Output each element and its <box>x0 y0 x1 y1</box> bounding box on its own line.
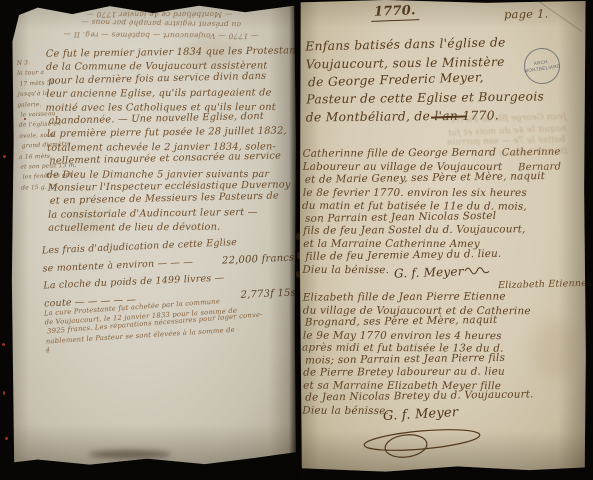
red-speck <box>3 155 6 158</box>
ink-smudge <box>89 450 171 459</box>
manuscript-book-scan: — 1770 — Voujeaucourt — baptêmes — reg. … <box>0 0 593 480</box>
entry-line: fille de feu Jeremie Amey du d. lieu. <box>305 247 546 264</box>
entry-line: de Jean Nicolas Bretey du d. Voujaucourt… <box>305 388 534 404</box>
entry-line: le 8e fevrier 1770. environ les six heur… <box>303 187 543 200</box>
red-speck <box>24 118 26 120</box>
signature-text: G. f. Meyer <box>394 264 464 280</box>
red-speck <box>5 437 8 440</box>
cost-amount: 22,000 francs <box>222 252 295 273</box>
signature-squiggle <box>463 264 489 275</box>
paper-stain <box>534 320 574 380</box>
baptism-entry-elizabeth: Elizabeth fille de Jean Pierre Etiennedu… <box>303 290 532 416</box>
left-page: — 1770 — Voujeaucourt — baptêmes — reg. … <box>9 2 297 466</box>
paragraph-line: leur ancienne Eglise, qu'ils partageaien… <box>46 86 301 101</box>
cost-amount <box>293 235 294 252</box>
binding-stitch <box>296 271 300 278</box>
binding-stitch <box>296 233 300 240</box>
entry-line: de Pierre Bretey laboureur au d. lieu <box>303 365 531 379</box>
fragment-line: — 1770 — Voujeaucourt — baptêmes — reg. … <box>35 29 287 42</box>
signature-flourish <box>354 422 484 460</box>
year-heading: 1770. <box>371 3 419 22</box>
left-page-surface: — 1770 — Voujeaucourt — baptêmes — reg. … <box>9 2 297 466</box>
red-speck <box>3 391 5 395</box>
entry-line: et de Marie Geney, ses Père et Mère, naq… <box>305 170 546 187</box>
entry-line: le 9e May 1770 environ les 4 heures <box>303 329 531 342</box>
margin-name-elizabeth-etienne: Elizabeth Etienne <box>498 278 587 291</box>
entry-line: Catherinne fille de George Bernard <box>303 146 543 161</box>
main-paragraph-1834-note: Ce fut le premier janvier 1834 que les P… <box>46 44 304 235</box>
right-page-surface: 1770. page 1. ARCH. MONTBÉLIARD Enfans b… <box>299 0 587 473</box>
paragraph-line: de Dieu le Dimanche 5 janvier suivants p… <box>46 168 301 182</box>
page-number-label: page 1. <box>504 7 549 22</box>
paragraph-line: actuellement de lieu de dévotion. <box>48 220 303 235</box>
entry-line: mois; son Parrain est Jean Pierre fils <box>305 351 534 367</box>
baptism-entry-catherinne: Catherinne fille de George BernardLabour… <box>303 146 544 277</box>
red-speck <box>2 343 5 346</box>
entry-line: Elizabeth fille de Jean Pierre Etienne <box>303 290 531 304</box>
fragment-line: — Montbéliard ce 4e janvier 1770 — <box>33 9 285 20</box>
pastor-signature-1: G. f. Meyer <box>394 263 490 280</box>
torn-top-fragment-text: — 1770 — Voujeaucourt — baptêmes — reg. … <box>35 7 287 42</box>
entry-line: fils de feu Jean Sostel du d. Voujaucour… <box>303 224 543 239</box>
entry-line: Brognard, ses Père et Mère, naquit <box>305 313 534 329</box>
right-page: 1770. page 1. ARCH. MONTBÉLIARD Enfans b… <box>299 0 587 473</box>
